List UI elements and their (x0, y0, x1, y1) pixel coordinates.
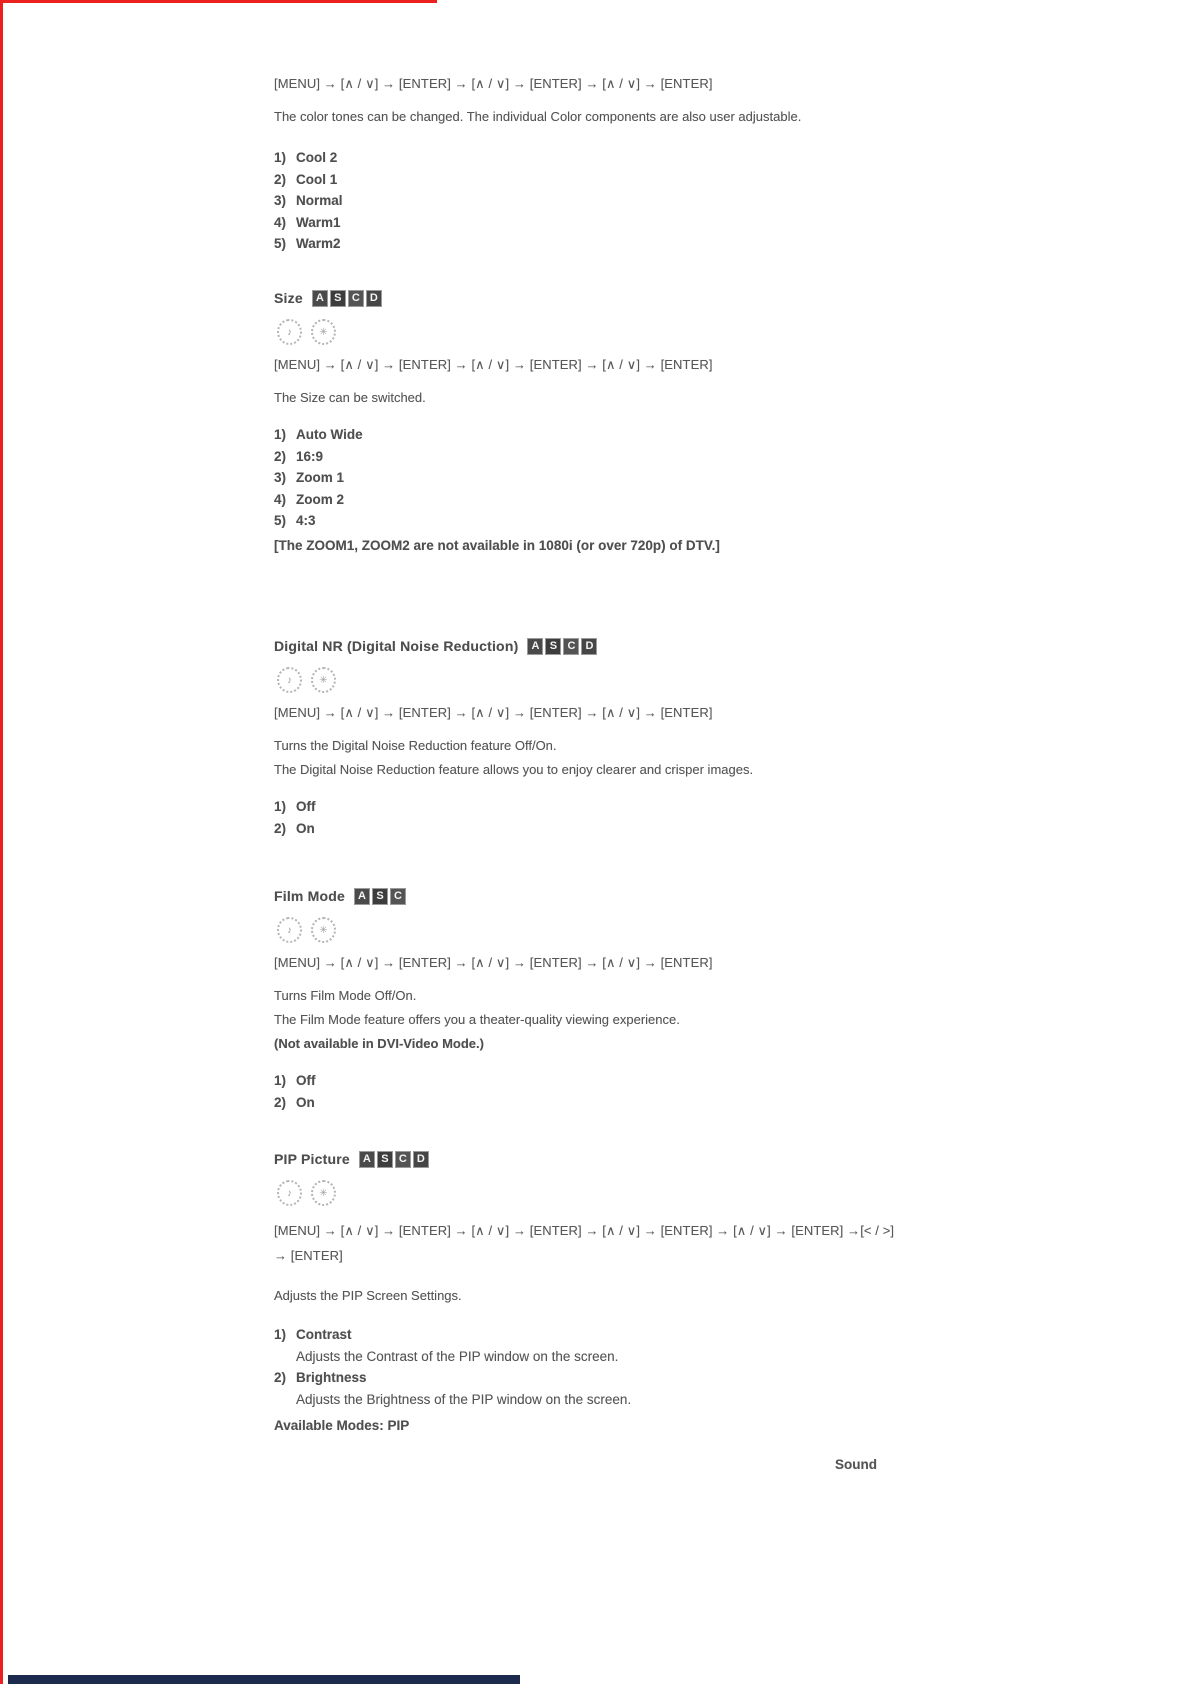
mode-letter-icon: A (359, 1151, 375, 1168)
mode-badge: A S C D (527, 638, 597, 655)
list-item: 1)Off (274, 1070, 954, 1092)
list-item: 1)Auto Wide (274, 424, 954, 446)
mode-letter-icon: S (545, 638, 561, 655)
round-stamp-icon-left: ♪ (275, 317, 304, 347)
mode-letter-icon: S (372, 888, 388, 905)
section-description: Turns the Digital Noise Reduction featur… (274, 734, 954, 782)
mode-letter-icon: A (312, 290, 328, 307)
bottom-navy-bar (8, 1675, 520, 1684)
option-list: 1)Off 2)On (274, 1070, 954, 1113)
section-description: The Size can be switched. (274, 386, 954, 410)
list-item: 2)16:9 (274, 446, 954, 468)
mode-letter-icon: C (395, 1151, 411, 1168)
menu-path: [MENU] → [∧ / ∨] → [ENTER] → [∧ / ∨] → [… (274, 357, 954, 373)
list-item: 4)Warm1 (274, 212, 954, 234)
source-stamps: ♪ ✳ (277, 667, 954, 693)
mode-letter-icon: D (366, 290, 382, 307)
mode-letter-icon: D (581, 638, 597, 655)
description-line: The Digital Noise Reduction feature allo… (274, 758, 954, 782)
source-stamps: ♪ ✳ (277, 1180, 954, 1206)
section-title: Size (274, 290, 303, 306)
mode-letter-icon: S (377, 1151, 393, 1168)
section-title: PIP Picture (274, 1151, 350, 1167)
section-film-mode: Film Mode A S C ♪ ✳ [MENU] → [∧ / ∨] → [… (274, 887, 954, 1113)
section-header: Digital NR (Digital Noise Reduction) A S… (274, 637, 954, 655)
menu-path: [MENU] → [∧ / ∨] → [ENTER] → [∧ / ∨] → [… (274, 955, 954, 971)
round-stamp-icon-right: ✳ (311, 667, 336, 693)
round-stamp-icon-left: ♪ (275, 1178, 304, 1208)
description-line: Turns the Digital Noise Reduction featur… (274, 734, 954, 758)
restriction-note: [The ZOOM1, ZOOM2 are not available in 1… (274, 538, 954, 553)
left-red-border (0, 0, 3, 1684)
restriction-note: (Not available in DVI-Video Mode.) (274, 1032, 954, 1056)
top-red-border (0, 0, 437, 3)
section-header: Film Mode A S C (274, 887, 954, 905)
menu-path-line: [MENU] → [∧ / ∨] → [ENTER] → [∧ / ∨] → [… (274, 1218, 954, 1243)
list-item: 1)Contrast Adjusts the Contrast of the P… (274, 1324, 954, 1367)
option-list: 1)Off 2)On (274, 796, 954, 839)
section-description: Adjusts the PIP Screen Settings. (274, 1284, 954, 1308)
section-pip-picture: PIP Picture A S C D ♪ ✳ [MENU] → [∧ / ∨]… (274, 1150, 954, 1433)
list-item: 2)Brightness Adjusts the Brightness of t… (274, 1367, 954, 1410)
list-item: 1)Cool 2 (274, 147, 954, 169)
round-stamp-icon-right: ✳ (311, 319, 336, 345)
section-header: Size A S C D (274, 289, 954, 307)
round-stamp-icon-right: ✳ (311, 1180, 336, 1206)
section-title: Digital NR (Digital Noise Reduction) (274, 638, 518, 654)
mode-letter-icon: A (527, 638, 543, 655)
section-size: Size A S C D ♪ ✳ [MENU] → [∧ / ∨] → [ENT… (274, 289, 954, 553)
mode-letter-icon: D (413, 1151, 429, 1168)
description-line: The Film Mode feature offers you a theat… (274, 1008, 954, 1032)
mode-letter-icon: C (563, 638, 579, 655)
menu-path-line: → [ENTER] (274, 1243, 954, 1268)
option-list: 1)Cool 2 2)Cool 1 3)Normal 4)Warm1 5)War… (274, 147, 954, 255)
list-item: 5)4:3 (274, 510, 954, 532)
available-modes: Available Modes: PIP (274, 1418, 954, 1433)
mode-badge: A S C D (312, 290, 382, 307)
section-header: PIP Picture A S C D (274, 1150, 954, 1168)
round-stamp-icon-left: ♪ (275, 665, 304, 695)
source-stamps: ♪ ✳ (277, 917, 954, 943)
item-description: Adjusts the Brightness of the PIP window… (274, 1389, 954, 1411)
round-stamp-icon-left: ♪ (275, 915, 304, 945)
list-item: 2)On (274, 818, 954, 840)
section-title: Film Mode (274, 888, 345, 904)
round-stamp-icon-right: ✳ (311, 917, 336, 943)
list-item: 5)Warm2 (274, 233, 954, 255)
menu-path: [MENU] → [∧ / ∨] → [ENTER] → [∧ / ∨] → [… (274, 1218, 954, 1268)
item-description: Adjusts the Contrast of the PIP window o… (274, 1346, 954, 1368)
list-item: 1)Off (274, 796, 954, 818)
mode-letter-icon: C (390, 888, 406, 905)
section-description: The color tones can be changed. The indi… (274, 105, 954, 129)
description-line: Turns Film Mode Off/On. (274, 984, 954, 1008)
mode-badge: A S C D (359, 1151, 429, 1168)
mode-letter-icon: C (348, 290, 364, 307)
list-item: 3)Normal (274, 190, 954, 212)
footer-nav-sound[interactable]: Sound (835, 1457, 877, 1472)
list-item: 3)Zoom 1 (274, 467, 954, 489)
mode-letter-icon: S (330, 290, 346, 307)
option-list: 1)Contrast Adjusts the Contrast of the P… (274, 1324, 954, 1410)
mode-badge: A S C (354, 888, 406, 905)
list-item: 4)Zoom 2 (274, 489, 954, 511)
section-description: Turns Film Mode Off/On. The Film Mode fe… (274, 984, 954, 1056)
option-list: 1)Auto Wide 2)16:9 3)Zoom 1 4)Zoom 2 5)4… (274, 424, 954, 532)
mode-letter-icon: A (354, 888, 370, 905)
source-stamps: ♪ ✳ (277, 319, 954, 345)
list-item: 2)On (274, 1092, 954, 1114)
section-digital-nr: Digital NR (Digital Noise Reduction) A S… (274, 637, 954, 839)
menu-path: [MENU] → [∧ / ∨] → [ENTER] → [∧ / ∨] → [… (274, 76, 954, 92)
section-color-tone: [MENU] → [∧ / ∨] → [ENTER] → [∧ / ∨] → [… (274, 76, 954, 255)
list-item: 2)Cool 1 (274, 169, 954, 191)
menu-path: [MENU] → [∧ / ∨] → [ENTER] → [∧ / ∨] → [… (274, 705, 954, 721)
